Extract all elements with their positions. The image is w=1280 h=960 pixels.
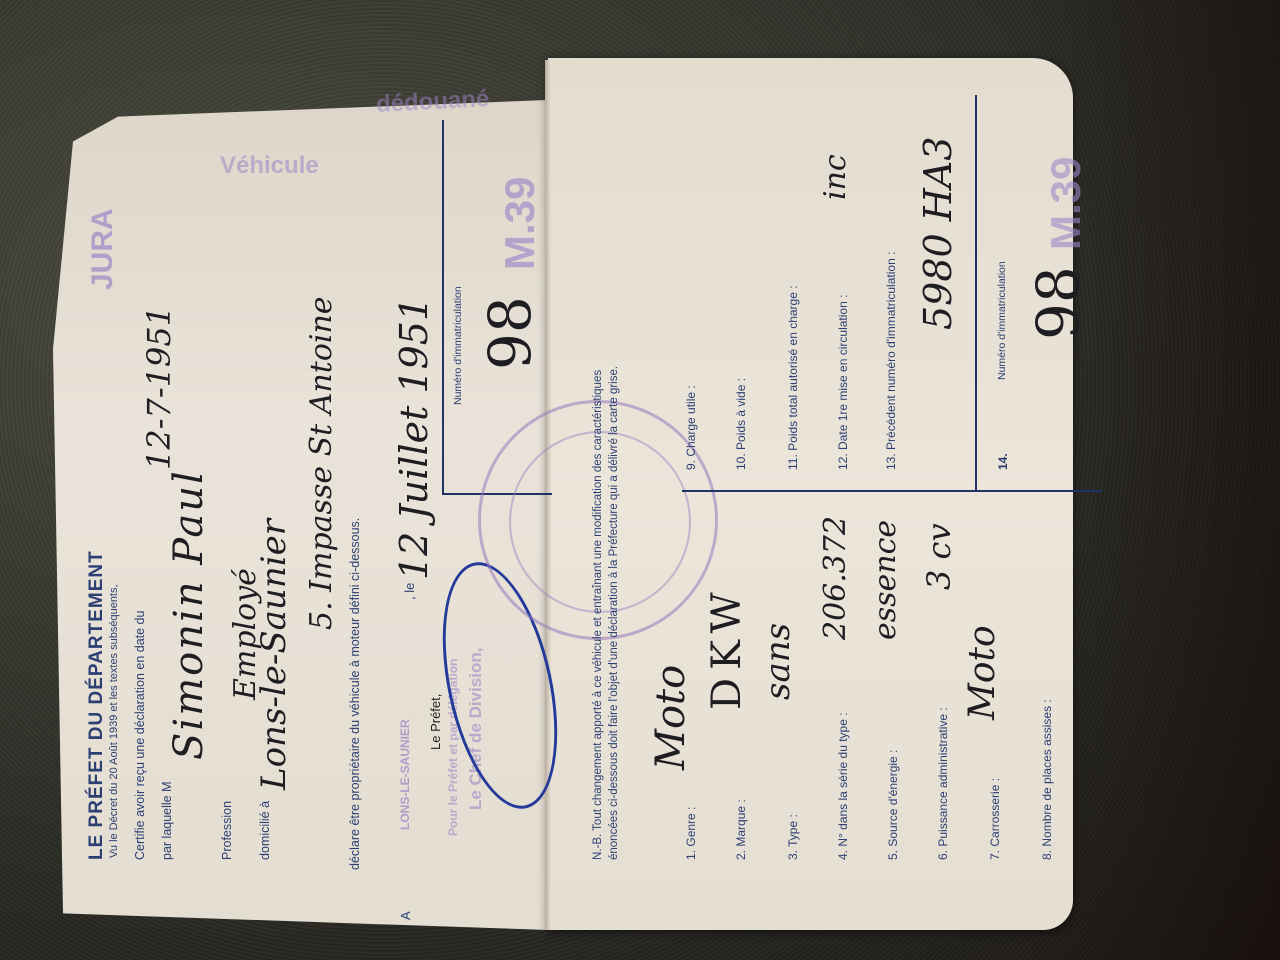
field-7-label: 7. Carrosserie :: [988, 778, 1002, 860]
field-4-value: 206.372: [818, 516, 853, 640]
ownership-declaration: déclare être propriétaire du véhicule à …: [348, 518, 362, 870]
prefect-label: Le Préfet,: [428, 694, 443, 750]
field-14-number: 14.: [996, 453, 1010, 470]
field-divider: [682, 490, 1102, 492]
certifies-label: Certifie avoir reçu une déclaration en d…: [133, 611, 147, 860]
field-14-border: [975, 95, 977, 490]
field-1-label: 1. Genre :: [684, 807, 698, 860]
field-5-value: essence: [868, 520, 903, 640]
nb-notice-line-2: énoncées ci-dessous doit faire l'objet d…: [608, 366, 620, 860]
owner-name: Simonin Paul: [166, 469, 212, 760]
field-1-value: Moto: [648, 665, 694, 770]
customs-stamp-dedouane: dédouané: [375, 85, 490, 119]
owner-label: par laquelle M: [160, 781, 174, 860]
field-2-value: DKW: [704, 584, 750, 710]
decree-text: Vu le Décret du 20 Août 1939 et les text…: [108, 584, 120, 858]
place-stamp: LONS-LE-SAUNIER: [398, 719, 412, 830]
field-7-value: Moto: [962, 625, 1003, 720]
field-13-value: 5980 HA3: [916, 136, 960, 330]
field-4-label: 4. N° dans la série du type :: [836, 712, 850, 860]
place-label: A: [398, 911, 413, 920]
field-8-label: 8. Nombre de places assises :: [1040, 699, 1054, 860]
field-10-label: 10. Poids à vide :: [734, 378, 748, 470]
domicile-value: Lons-le-Saunier: [254, 519, 294, 790]
field-6-value: 3 cv: [920, 523, 958, 590]
field-14-value: 98: [1024, 266, 1092, 340]
field-2-label: 2. Marque :: [734, 799, 748, 860]
address-value: 5. Impasse St Antoine: [304, 296, 339, 630]
department-stamp: JURA: [86, 208, 120, 290]
field-3-value: sans: [758, 623, 798, 700]
profession-label: Profession: [220, 801, 234, 860]
field-13-label: 13. Précédent numéro d'immatriculation :: [884, 252, 898, 470]
field-6-label: 6. Puissance administrative :: [936, 707, 950, 860]
field-3-label: 3. Type :: [786, 814, 800, 860]
field-5-label: 5. Source d'énergie :: [886, 750, 900, 860]
date-label: , le: [402, 583, 417, 600]
registration-box-border: [442, 120, 444, 495]
registration-stamp: M.39: [496, 177, 544, 270]
field-12-value: inc: [818, 154, 853, 200]
field-9-label: 9. Charge utile :: [684, 385, 698, 470]
field-11-label: 11. Poids total autorisé en charge :: [786, 285, 800, 470]
field-14-stamp: M.39: [1042, 157, 1090, 250]
declaration-date: 12-7-1951: [140, 306, 178, 470]
domicile-label: domicilié à: [258, 801, 272, 860]
registration-label: Numéro d'immatriculation: [452, 286, 464, 405]
field-12-label: 12. Date 1re mise en circulation :: [836, 295, 850, 470]
nb-notice-line-1: N.-B. Tout changement apporté à ce véhic…: [592, 370, 604, 860]
registration-number-hand: 98: [476, 296, 544, 370]
customs-stamp-vehicule: Véhicule: [220, 152, 319, 180]
field-14-label: Numéro d'immatriculation: [996, 261, 1008, 380]
prefect-heading: LE PRÉFET DU DÉPARTEMENT: [86, 550, 108, 860]
signature-date: 12 Juillet 1951: [392, 297, 436, 580]
